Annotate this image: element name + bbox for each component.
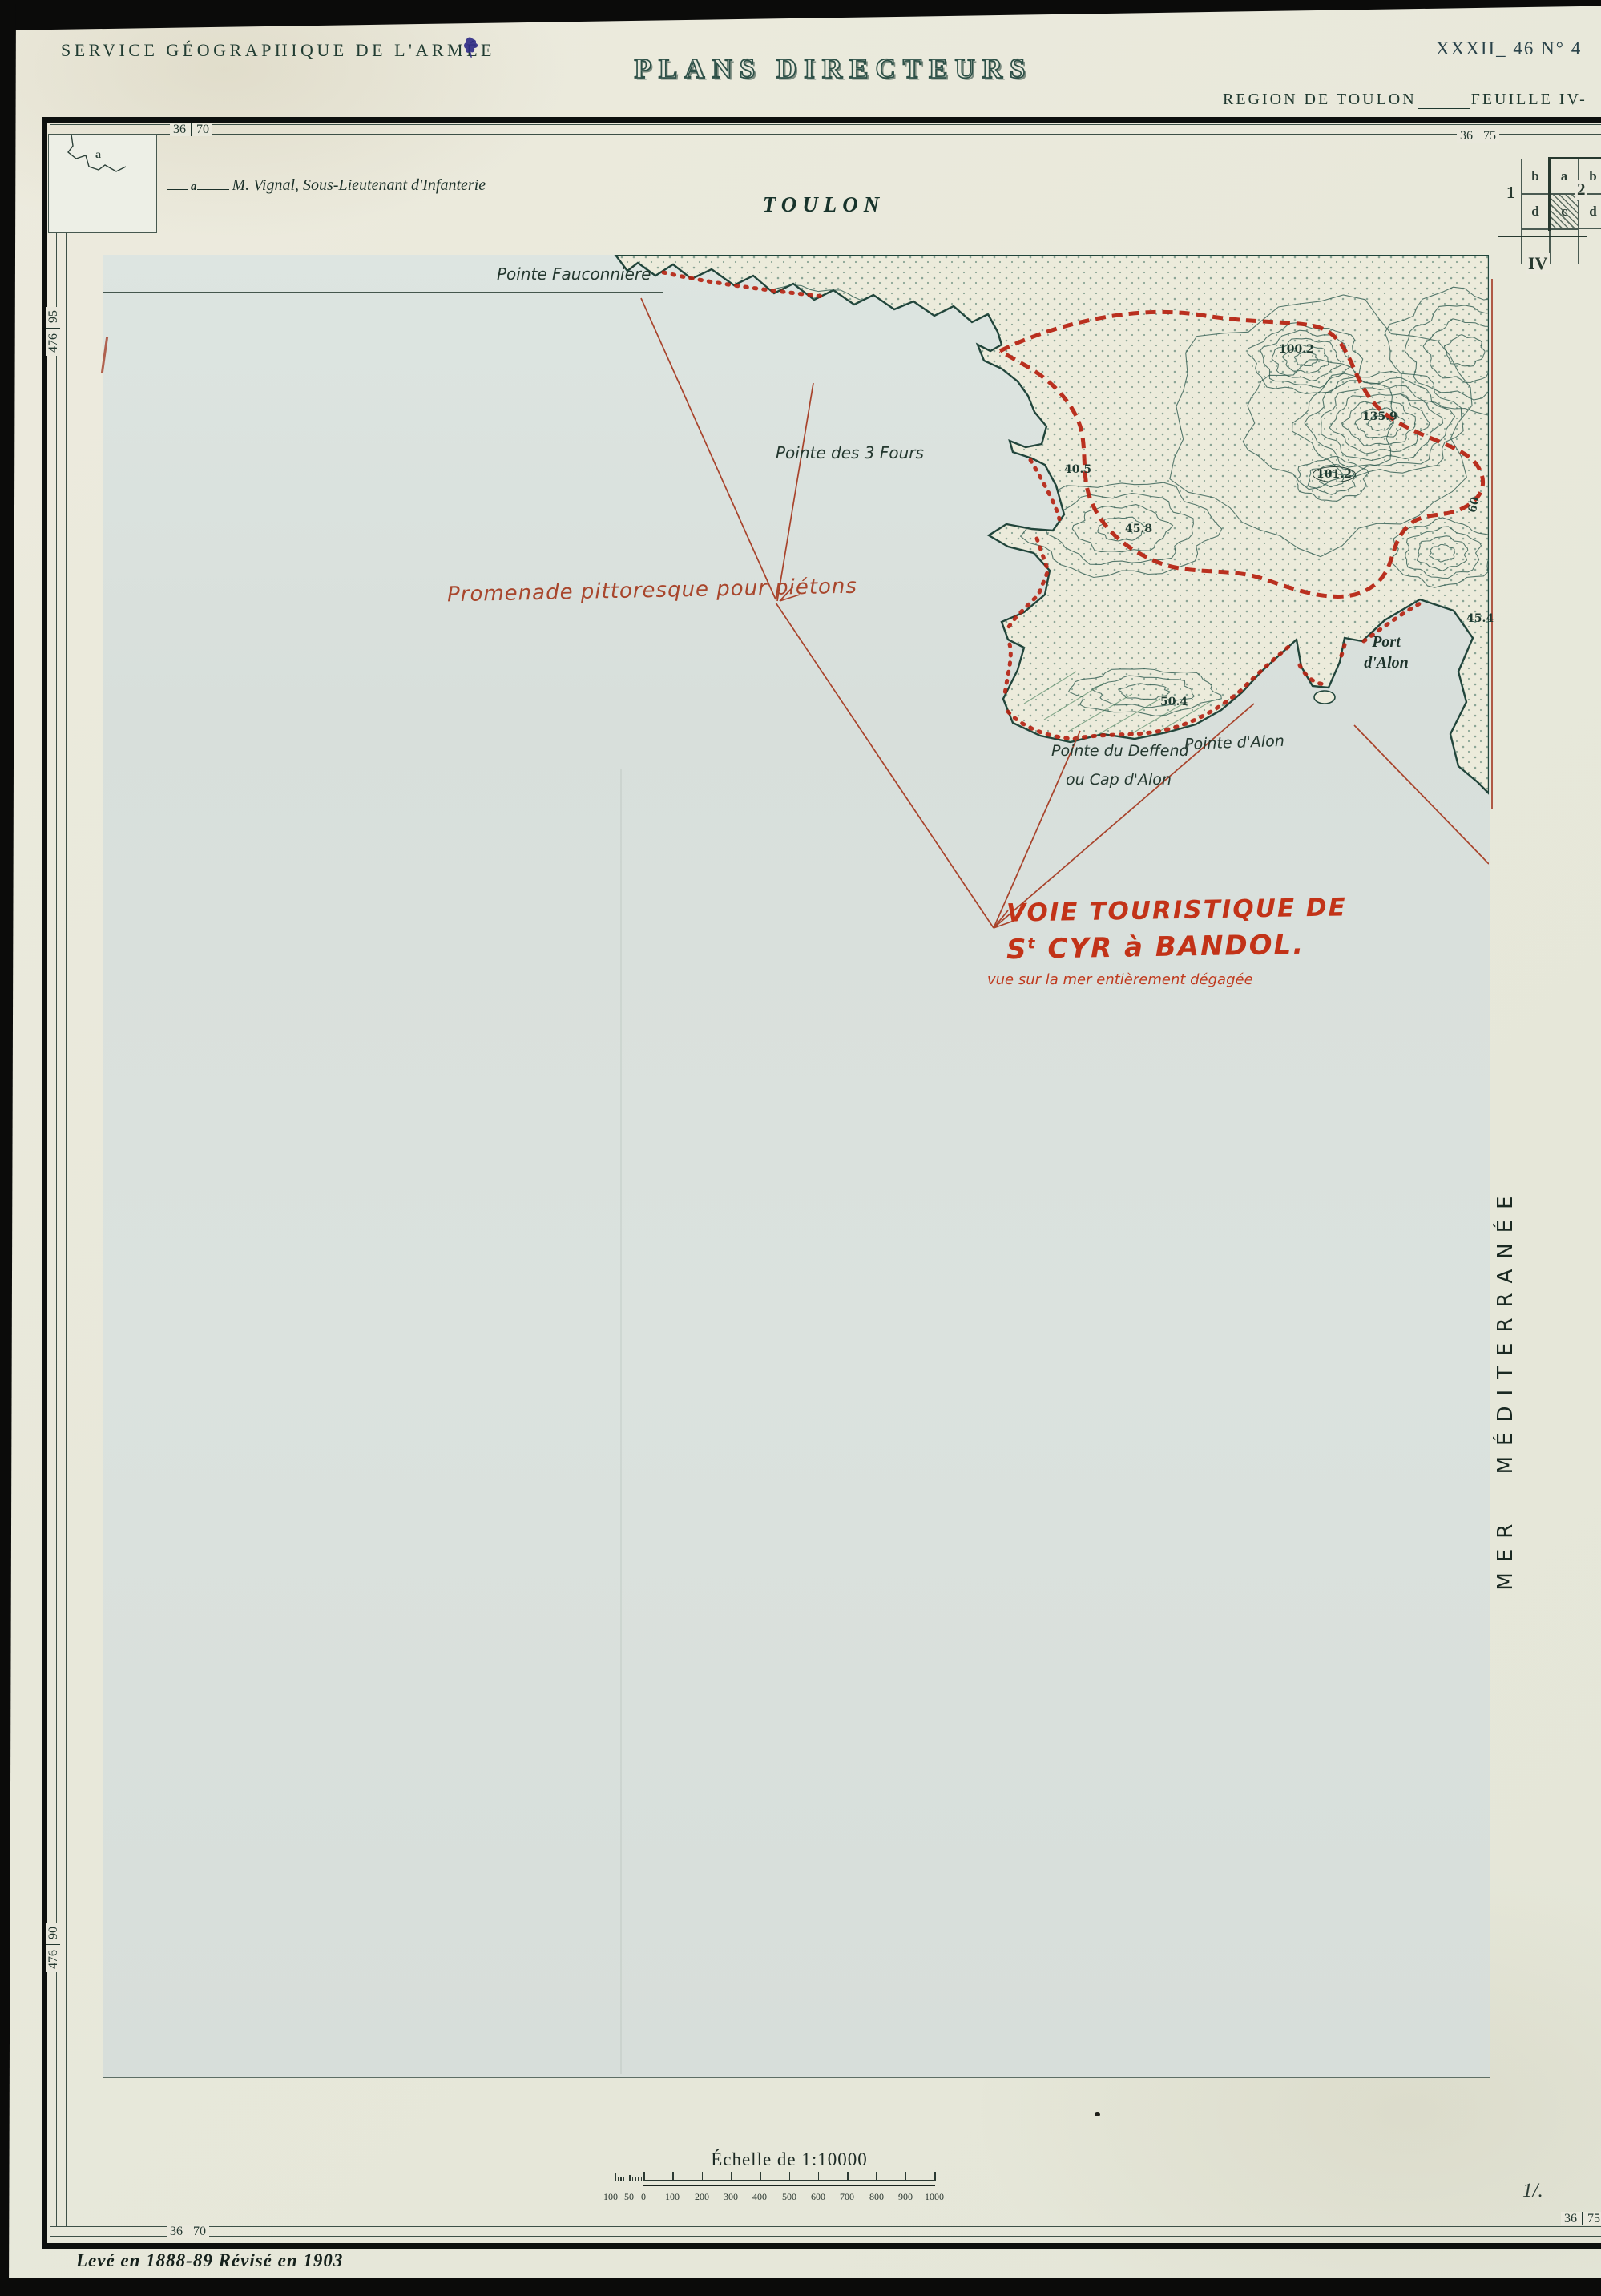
scale-title: Échelle de 1:10000 [711, 2149, 868, 2170]
elevation-point: 50.4 [1160, 696, 1188, 708]
elevation-point: 45.8 [1125, 523, 1152, 535]
label-port-d-alon: Port d'Alon [1354, 632, 1418, 673]
margin-line-top-1 [50, 124, 1601, 125]
region-feuille-row: REGION DE TOULON FEUILLE IV- [1223, 91, 1587, 109]
elevation-point-circled: 101.2 [1313, 466, 1356, 482]
margin-line-left-2 [66, 134, 67, 2226]
margin-line-bottom-2 [50, 2236, 1601, 2237]
scale-tick-label: 900 [892, 2191, 919, 2203]
terrain-map [103, 255, 1489, 2077]
grid-mark-left-top: 47695 [46, 307, 60, 356]
index-sheet-label: IV [1526, 253, 1550, 274]
index-cell-a: a [1550, 159, 1579, 194]
elevation-point: 40.5 [1064, 463, 1091, 476]
grid-mark-top-right: 3675 [1457, 129, 1499, 143]
scale-tick-label: 200 [688, 2191, 716, 2203]
photo-edge-top [0, 0, 1601, 30]
grid-mark-bottom-left: 3670 [167, 2225, 209, 2238]
index-cell-empty2 [1550, 229, 1579, 264]
sheet-title: TOULON [763, 192, 885, 217]
plans-directeurs-title: PLANS DIRECTEURS [635, 53, 1033, 85]
elevation-point: 45.4 [1466, 612, 1494, 625]
index-cell-d1: d [1521, 194, 1550, 229]
label-ou-cap-d-alon: ou Cap d'Alon [1066, 771, 1172, 789]
ink-speck [1095, 2112, 1100, 2116]
surveyor-name: M. Vignal, Sous-Lieutenant d'Infanterie [232, 176, 486, 194]
inset-letter: a [95, 149, 101, 162]
region-label: REGION DE TOULON [1223, 91, 1417, 109]
service-geographique-label: SERVICE GÉOGRAPHIQUE DE L'ARMÉE [61, 40, 495, 61]
margin-line-top-2 [50, 134, 1601, 135]
margin-line-bottom-1 [50, 2226, 1601, 2227]
inset-coast-sketch [49, 135, 155, 231]
scale-tick-label: 600 [805, 2191, 832, 2203]
inset-locator-box: a [48, 134, 157, 233]
scale-tick-label: 300 [717, 2191, 744, 2203]
annotation-voie-line3: vue sur la mer entièrement dégagée [987, 971, 1253, 988]
region-feuille-connector [1418, 95, 1470, 109]
islet [1314, 691, 1335, 704]
index-row-number-left: 1 [1506, 183, 1515, 203]
army-stamp-icon [462, 35, 481, 63]
annotation-voie-line2: St CYR à BANDOL. [1006, 929, 1305, 966]
scale-tick-label: 100 [659, 2191, 686, 2203]
grid-mark-bottom-right: 3675 [1561, 2212, 1601, 2225]
scale-tick-label: 700 [833, 2191, 861, 2203]
grid-mark-top-left: 3670 [170, 123, 212, 136]
grid-mark-left-bottom: 47690 [46, 1923, 60, 1972]
elevation-point: 100.2 [1279, 343, 1314, 356]
label-pointe-fauconniere: Pointe Fauconniére [497, 264, 651, 284]
annotation-voie-line1: VOIE TOURISTIQUE DE [1006, 893, 1347, 927]
photo-edge-left [0, 0, 16, 2296]
elevation-point: 135.9 [1362, 410, 1397, 423]
index-cell-b1: b [1521, 159, 1550, 194]
adjacent-sheet-line [1491, 279, 1493, 809]
scale-tick-label: 400 [746, 2191, 773, 2203]
index-cell-c-hatched: c [1550, 194, 1579, 229]
vegetation-stipple [615, 255, 1489, 793]
margin-line-left-1 [56, 134, 57, 2226]
photo-edge-bottom [0, 2278, 1601, 2296]
surveyor-signature: aM. Vignal, Sous-Lieutenant d'Infanterie [165, 176, 486, 195]
label-pointe-des-3-fours: Pointe des 3 Fours [776, 443, 924, 462]
scale-tick-label: 1000 [921, 2191, 948, 2203]
scale-tick-label: 0 [630, 2191, 657, 2203]
revision-note: Levé en 1888-89 Révisé en 1903 [76, 2250, 343, 2271]
surveyor-ref-letter: a [191, 180, 197, 193]
label-pointe-du-deffend: Pointe du Deffend [1051, 742, 1189, 760]
scale-tick-label: 800 [863, 2191, 890, 2203]
index-row-number-right: 2 [1575, 180, 1587, 200]
sheet-series-number: XXXII_ 46 N° 4 [1436, 38, 1582, 59]
label-pointe-d-alon: Pointe d'Alon [1184, 732, 1285, 753]
corner-note: 1/. [1522, 2180, 1543, 2202]
map-sheet-photo: SERVICE GÉOGRAPHIQUE DE L'ARMÉE PLANS DI… [0, 0, 1601, 2296]
neatline-top [42, 117, 1601, 123]
sheet-index-grid: b a b d c d 1 2 IV [1521, 159, 1601, 266]
feuille-label: FEUILLE IV- [1471, 91, 1587, 109]
neatline-bottom [42, 2243, 1601, 2249]
sea-name-label: MER MÉDITERRANÉE [1494, 1148, 1522, 1628]
scale-tick-label: 500 [776, 2191, 803, 2203]
scale-bar [643, 2180, 935, 2186]
